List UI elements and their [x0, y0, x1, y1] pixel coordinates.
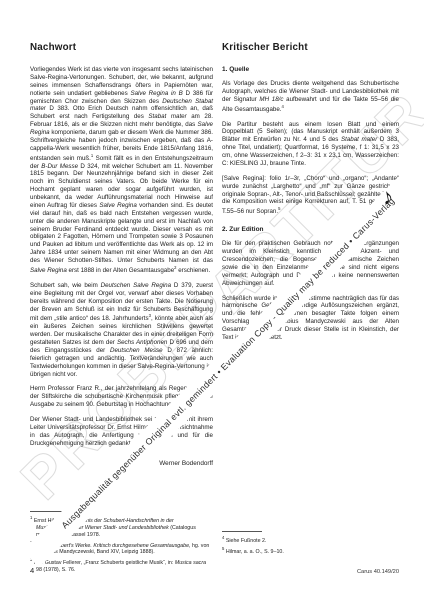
kritischer-bericht-heading: Kritischer Bericht	[222, 42, 399, 53]
quelle-paragraph: Als Vorlage des Drucks diente weitgehend…	[222, 80, 399, 114]
section-title-quelle: 1. Quelle	[222, 66, 399, 73]
kritischer-bericht-column: Kritischer Bericht 1. Quelle Als Vorlage…	[222, 42, 399, 349]
footnotes-right: 4 Siehe Fußnote 2. 5 Hilmar, a. a. O., S…	[222, 531, 399, 557]
nachwort-paragraph: Vorliegendes Werk ist das vierte von ins…	[30, 66, 213, 275]
nachwort-heading: Nachwort	[30, 42, 213, 53]
footnote: 4 Siehe Fußnote 2.	[222, 535, 399, 545]
page-number: 4	[30, 566, 34, 575]
footnote-divider	[222, 531, 262, 532]
footnote: 3 Karl Gustav Fellerer, „Franz Schuberts…	[30, 557, 213, 574]
catalog-number: Carus 40.149/20	[222, 569, 399, 575]
document-page: PROBEPARTITUR Nachwort Vorliegendes Werk…	[0, 0, 424, 600]
quelle-paragraph: Die Partitur besteht aus einem losen Bla…	[222, 121, 399, 168]
nachwort-paragraph: Schubert sah, wie beim Deutschen Salve R…	[30, 282, 213, 379]
footnote: 5 Hilmar, a. a. O., S. 9–10.	[222, 546, 399, 556]
